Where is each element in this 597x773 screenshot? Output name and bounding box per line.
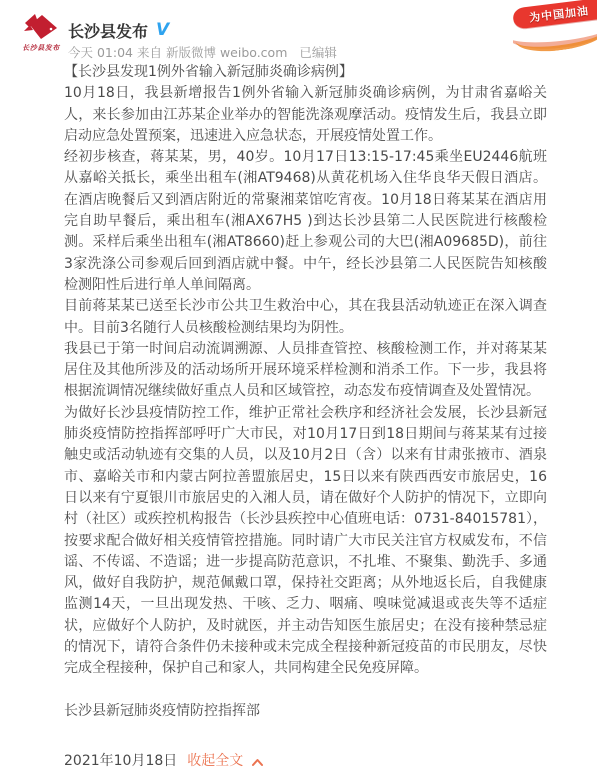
cheer-swoosh-icon (513, 14, 597, 52)
verified-v-icon: V (156, 22, 169, 39)
source-prefix: 来自 (137, 45, 162, 60)
cheer-badge-text: 为中国加油 (528, 2, 590, 25)
post-date: 2021年10月18日 (64, 751, 177, 772)
avatar[interactable]: 长沙县发布 (17, 12, 65, 62)
username-row: 长沙县发布 V (68, 19, 169, 41)
post-body-text: 【长沙县发现1例外省输入新冠肺炎确诊病例】 10月18日，我县新增报告1例外省输… (64, 62, 547, 722)
avatar-caption: 长沙县发布 (17, 43, 65, 53)
collapse-full-text-link[interactable]: 收起全文 (187, 751, 243, 772)
cheer-ribbon-icon: 为中国加油 (513, 0, 597, 30)
username[interactable]: 长沙县发布 (68, 19, 148, 42)
avatar-bird-icon (17, 12, 65, 42)
china-cheer-badge: 为中国加油 (513, 0, 597, 52)
post-footer-row: 2021年10月18日 收起全文 (64, 751, 264, 772)
post-meta: 今天 01:04 来自 新版微博 weibo.com 已编辑 (68, 43, 337, 61)
chevron-up-icon[interactable] (251, 757, 264, 767)
edited-label: 已编辑 (299, 45, 337, 60)
post-time: 今天 01:04 (68, 45, 133, 60)
weibo-post: 长沙县发布 长沙县发布 V 今天 01:04 来自 新版微博 weibo.com… (0, 0, 597, 773)
source-client-link[interactable]: 新版微博 weibo.com (166, 45, 287, 60)
cheer-swoosh-icon (513, 9, 597, 52)
